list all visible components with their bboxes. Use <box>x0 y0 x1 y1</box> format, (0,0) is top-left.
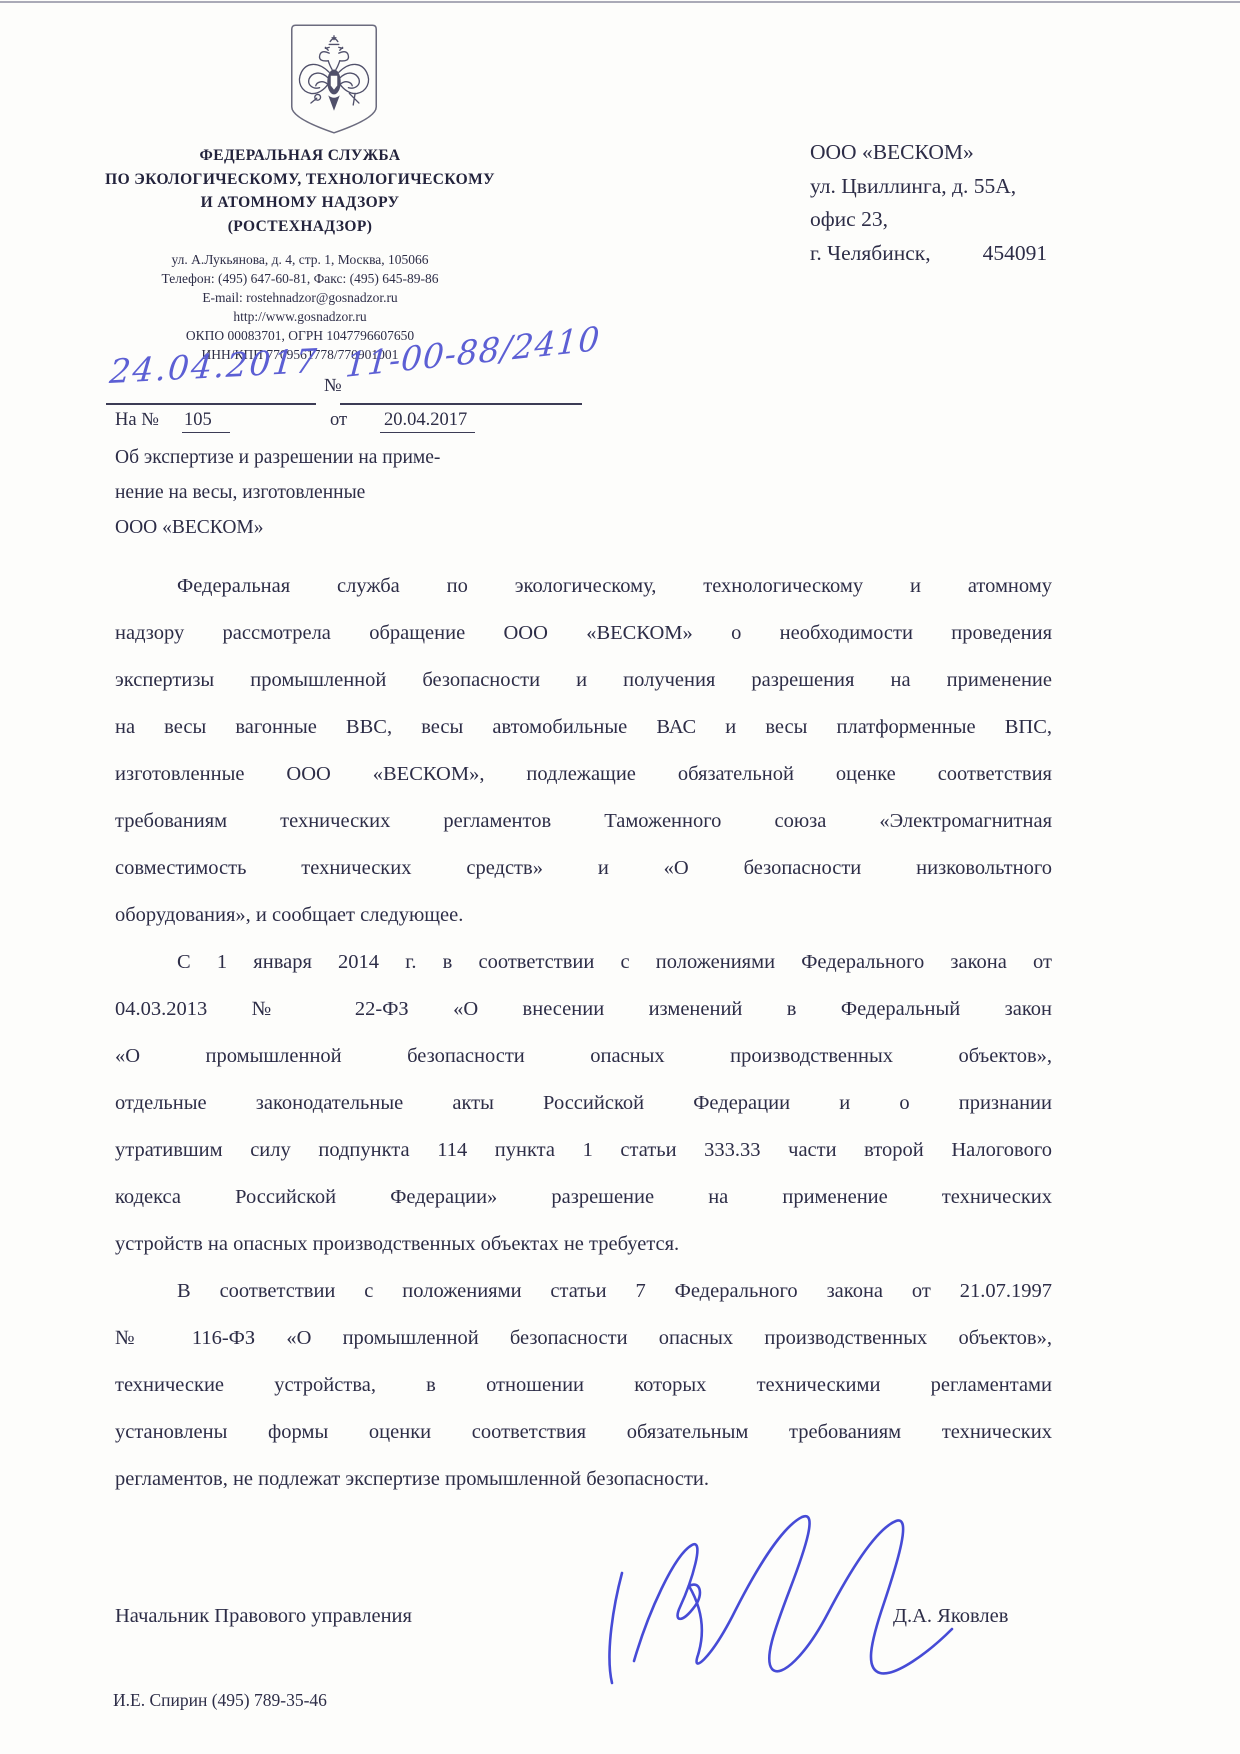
recipient-city: г. Челябинск, <box>810 241 931 265</box>
text-line: отдельные законодательные акты Российско… <box>115 1080 1052 1127</box>
paragraph-1: Федеральная служба по экологическому, те… <box>115 563 1052 939</box>
signer-position-title: Начальник Правового управления <box>115 1605 412 1628</box>
coat-of-arms-icon <box>286 22 382 138</box>
number-underline <box>340 403 582 405</box>
agency-title: ФЕДЕРАЛЬНАЯ СЛУЖБАПО ЭКОЛОГИЧЕСКОМУ, ТЕХ… <box>83 144 517 238</box>
text-line: ул. Цвиллинга, д. 55А, <box>810 170 1047 204</box>
text-line: установлены формы оценки соответствия об… <box>115 1409 1052 1456</box>
text-line: И АТОМНОМУ НАДЗОРУ <box>83 191 517 215</box>
text-line: (РОСТЕХНАДЗОР) <box>83 215 517 239</box>
text-line: нение на весы, изготовленные <box>115 475 555 510</box>
reply-number: 105 <box>182 410 230 433</box>
text-line: технические устройства, в отношении кото… <box>115 1362 1052 1409</box>
scan-edge-artifact <box>0 1 1240 3</box>
recipient-postcode: 454091 <box>983 241 1048 265</box>
text-line: ООО «ВЕСКОМ» <box>115 510 555 545</box>
text-line: оборудования», и сообщает следующее. <box>115 892 1052 939</box>
text-line: регламентов, не подлежат экспертизе пром… <box>115 1456 1052 1503</box>
text-line: утратившим силу подпункта 114 пункта 1 с… <box>115 1127 1052 1174</box>
text-line: № 116-ФЗ «О промышленной безопасности оп… <box>115 1315 1052 1362</box>
text-line: требованиям технических регламентов Тамо… <box>115 798 1052 845</box>
scanned-letter-page: { "colors": { "paper": "#fdfdfb", "print… <box>0 0 1240 1754</box>
executor-contact: И.Е. Спирин (495) 789-35-46 <box>113 1690 327 1711</box>
text-line: Об экспертизе и разрешении на приме- <box>115 440 555 475</box>
text-line: офис 23, <box>810 203 1047 237</box>
text-line: на весы вагонные ВВС, весы автомобильные… <box>115 704 1052 751</box>
text-line: В соответствии с положениями статьи 7 Фе… <box>115 1268 1052 1315</box>
text-line: совместимость технических средств» и «О … <box>115 845 1052 892</box>
text-line: 04.03.2013 № 22-ФЗ «О внесении изменений… <box>115 986 1052 1033</box>
recipient-block: ООО «ВЕСКОМ»ул. Цвиллинга, д. 55А,офис 2… <box>810 136 1047 270</box>
text-line: E-mail: rostehnadzor@gosnadzor.ru <box>83 288 517 307</box>
text-line: надзору рассмотрела обращение ООО «ВЕСКО… <box>115 610 1052 657</box>
letterhead: ФЕДЕРАЛЬНАЯ СЛУЖБАПО ЭКОЛОГИЧЕСКОМУ, ТЕХ… <box>83 144 517 364</box>
text-line: Телефон: (495) 647-60-81, Факс: (495) 64… <box>83 269 517 288</box>
text-line: С 1 января 2014 г. в соответствии с поло… <box>115 939 1052 986</box>
handwritten-signature <box>592 1503 964 1705</box>
reply-date: 20.04.2017 <box>380 410 475 433</box>
reply-prefix: На № <box>115 410 159 431</box>
text-line: экспертизы промышленной безопасности и п… <box>115 657 1052 704</box>
text-line: ООО «ВЕСКОМ» <box>810 136 1047 170</box>
double-headed-eagle-shield-icon <box>286 22 382 138</box>
date-underline <box>106 403 316 405</box>
paragraph-3: В соответствии с положениями статьи 7 Фе… <box>115 1268 1052 1503</box>
text-line: кодекса Российской Федерации» разрешение… <box>115 1174 1052 1221</box>
text-line: изготовленные ООО «ВЕСКОМ», подлежащие о… <box>115 751 1052 798</box>
text-line: «О промышленной безопасности опасных про… <box>115 1033 1052 1080</box>
text-line: Федеральная служба по экологическому, те… <box>115 563 1052 610</box>
number-sign: № <box>324 376 342 397</box>
text-line: http://www.gosnadzor.ru <box>83 307 517 326</box>
text-line: ПО ЭКОЛОГИЧЕСКОМУ, ТЕХНОЛОГИЧЕСКОМУ <box>83 168 517 192</box>
paragraph-2: С 1 января 2014 г. в соответствии с поло… <box>115 939 1052 1268</box>
text-line: устройств на опасных производственных об… <box>115 1221 1052 1268</box>
text-line: ул. А.Лукьянова, д. 4, стр. 1, Москва, 1… <box>83 250 517 269</box>
recipient-city-line: г. Челябинск,454091 <box>810 237 1047 271</box>
letter-body: Федеральная служба по экологическому, те… <box>115 563 1052 1503</box>
reply-from-label: от <box>330 410 347 431</box>
text-line: ФЕДЕРАЛЬНАЯ СЛУЖБА <box>83 144 517 168</box>
recipient-lines: ООО «ВЕСКОМ»ул. Цвиллинга, д. 55А,офис 2… <box>810 136 1047 237</box>
subject-block: Об экспертизе и разрешении на приме-нени… <box>115 440 555 545</box>
